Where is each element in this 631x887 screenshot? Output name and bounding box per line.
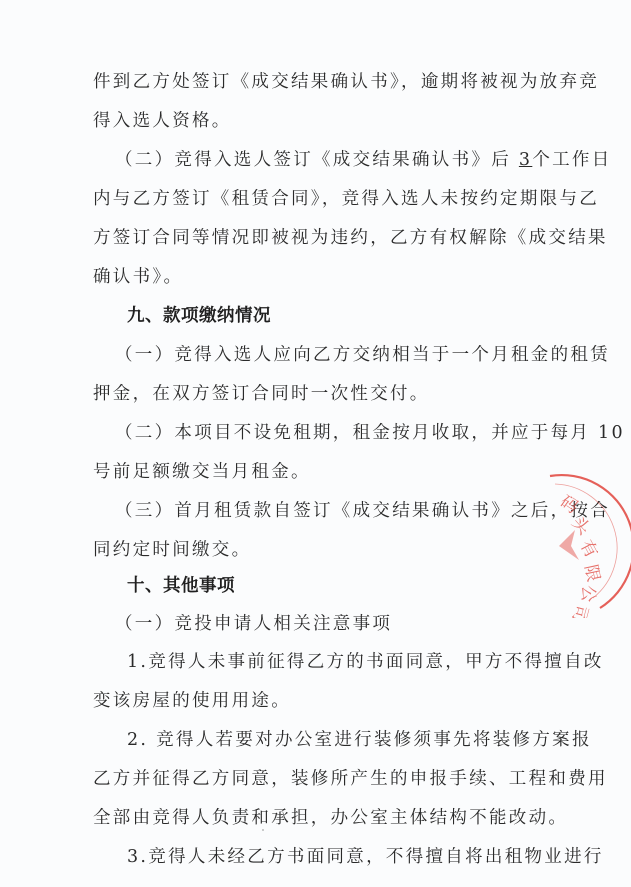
svg-text:限: 限: [580, 563, 603, 584]
paragraph-line: （一）竞投申请人相关注意事项: [115, 613, 538, 635]
paragraph-line: 内与乙方签订《租赁合同》，竞得入选人未按约定期限与乙: [93, 188, 538, 210]
clause-text: （二）竞得入选人签订《成交结果确认书》后: [115, 150, 519, 170]
paragraph-line: 变该房屋的使用用途。: [93, 690, 538, 712]
paragraph-line: 押金，在双方签订合同时一次性交付。: [93, 383, 538, 405]
clause-text: 个工作日: [532, 150, 611, 170]
paragraph-line: 3.竞得人未经乙方书面同意，不得擅自将出租物业进行: [127, 846, 572, 868]
underlined-number: 3: [519, 150, 532, 170]
svg-text:码: 码: [556, 492, 581, 518]
paragraph-line: 号前足额缴交当月租金。: [93, 461, 538, 483]
paragraph-line: （二）本项目不设免租期，租金按月收取，并应于每月 10: [115, 422, 538, 444]
svg-text:司: 司: [568, 603, 592, 618]
svg-text:有: 有: [576, 537, 602, 561]
paragraph-line: 1.竞得人未事前征得乙方的书面同意，甲方不得擅自改: [127, 651, 572, 673]
paragraph-line: （二）竞得入选人签订《成交结果确认书》后 3个工作日: [115, 149, 538, 171]
paragraph-line: 确认书》。: [93, 266, 538, 288]
paragraph-line: （一）竞得入选人应向乙方交纳相当于一个月租金的租赁: [115, 344, 538, 366]
paragraph-line: 件到乙方处签订《成交结果确认书》，逾期将被视为放弃竞: [93, 71, 538, 93]
paragraph-line: 得入选人资格。: [93, 110, 538, 132]
paragraph-line: 同约定时间缴交。: [93, 539, 538, 561]
paragraph-line: 全部由竞得人负责和承担，办公室主体结构不能改动。: [93, 807, 538, 829]
section-heading: 十、其他事项: [127, 575, 572, 597]
scan-speck: [262, 829, 264, 831]
paragraph-line: 2. 竞得人若要对办公室进行装修须事先将装修方案报: [127, 729, 572, 751]
paragraph-line: 乙方并征得乙方同意，装修所产生的申报手续、工程和费用: [93, 768, 538, 790]
section-heading: 九、款项缴纳情况: [127, 305, 572, 327]
document-page: 件到乙方处签订《成交结果确认书》，逾期将被视为放弃竞 得入选人资格。 （二）竞得…: [0, 0, 631, 887]
company-seal-icon: 码 头 有 限 公 司: [545, 468, 631, 618]
paragraph-line: （三）首月租赁款自签订《成交结果确认书》之后，按合: [115, 500, 538, 522]
svg-text:公: 公: [577, 585, 598, 603]
paragraph-line: 方签订合同等情况即被视为违约，乙方有权解除《成交结果: [93, 227, 538, 249]
